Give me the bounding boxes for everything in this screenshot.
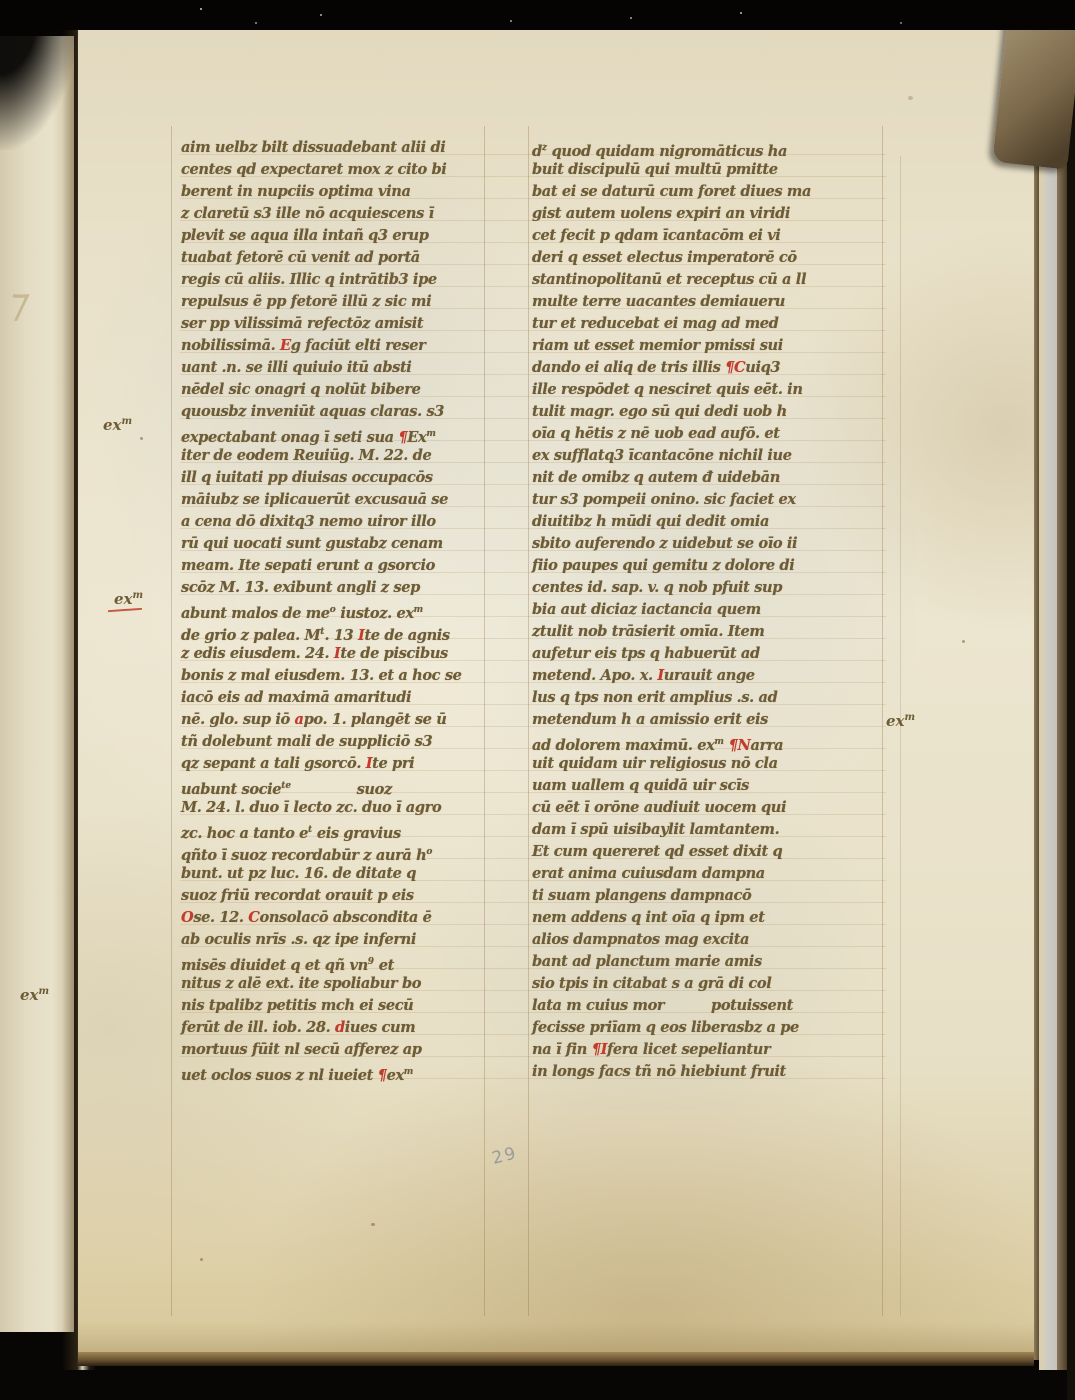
manuscript-text-line: qñto ī suoz recordabūr z aurā ho [181, 841, 503, 863]
manuscript-text-line: lus q tps non erit amplius .s. ad [532, 687, 886, 709]
margin-note-exemplum: exm [103, 416, 132, 434]
manuscript-text-line: zc. hoc a tanto et eis gravius [181, 819, 503, 841]
manuscript-photo: ⁊ aim uelbz bilt dissuadebant alii dicen… [0, 0, 1075, 1400]
manuscript-text-line: na ī fin ¶Ifera licet sepeliantur [532, 1039, 886, 1061]
manuscript-text-line: tur et reducebat ei mag ad med [532, 313, 886, 335]
manuscript-text-line: sio tpis in citabat s a grā di col [532, 973, 886, 995]
manuscript-text-line: repulsus ē pp fetorē illū z sic mi [181, 291, 503, 313]
manuscript-text-line: dz quod quidam nigromāticus ha [532, 137, 886, 159]
manuscript-text-line: lata m cuius mor potuissent [532, 995, 886, 1017]
manuscript-text-line: aim uelbz bilt dissuadebant alii di [181, 137, 503, 159]
manuscript-text-line: bonis z mal eiusdem. 13. et a hoc se [181, 665, 503, 687]
manuscript-text-line: ztulit nob trāsierit omīa. Item [532, 621, 886, 643]
manuscript-text-line: erat anima cuiusdam dampna [532, 863, 886, 885]
manuscript-text-line: gist autem uolens expiri an viridi [532, 203, 886, 225]
manuscript-text-line: nobilissimā. Eg faciūt elti reser [181, 335, 503, 357]
manuscript-text-line: nitus z alē ext. ite spoliabur bo [181, 973, 503, 995]
manuscript-text-line: oīa q hētis z nē uob ead aufō. et [532, 423, 886, 445]
manuscript-text-line: ill q iuitati pp diuisas occupacōs [181, 467, 503, 489]
manuscript-text-line: nit de omibz q autem đ uidebān [532, 467, 886, 489]
text-column-left: aim uelbz bilt dissuadebant alii dicente… [181, 137, 503, 1083]
manuscript-text-line: qz sepant a tali gsorcō. Ite pri [181, 753, 503, 775]
margin-note-superscript: m [905, 712, 916, 723]
binding-edge [1057, 90, 1067, 1370]
manuscript-text-line: nem addens q int oīa q ipm et [532, 907, 886, 929]
manuscript-text-line: māiubz se iplicauerūt excusauā se [181, 489, 503, 511]
manuscript-text-line: tuabat fetorē cū venit ad portā [181, 247, 503, 269]
manuscript-text-line: metend. Apo. x. Iurauit ange [532, 665, 886, 687]
photo-top-border [0, 0, 1075, 30]
manuscript-text-line: uam uallem q quidā uir scīs [532, 775, 886, 797]
manuscript-text-line: uant .n. se illi quiuio itū absti [181, 357, 503, 379]
manuscript-text-line: bant ad planctum marie amis [532, 951, 886, 973]
manuscript-text-line: dando ei aliq de tris illis ¶Cuiq3 [532, 357, 886, 379]
manuscript-text-line: centes id. sap. v. q nob pfuit sup [532, 577, 886, 599]
manuscript-text-line: z claretū s3 ille nō acquiescens ī [181, 203, 503, 225]
manuscript-text-line: ex sufflatq3 īcantacōne nichil iue [532, 445, 886, 467]
binding-corner-tab [992, 12, 1075, 169]
parchment-fleck [140, 437, 143, 440]
margin-note-text: ex [20, 986, 39, 1004]
manuscript-text-line: suoz friū recordat orauit p eis [181, 885, 503, 907]
parchment-fleck [371, 1223, 375, 1226]
manuscript-text-line: uit quidam uir religiosus nō cla [532, 753, 886, 775]
manuscript-text-line: bunt. ut pz luc. 16. de ditate q [181, 863, 503, 885]
manuscript-text-line: tulit magr. ego sū qui dedi uob h [532, 401, 886, 423]
manuscript-text-line: tur s3 pompeii onino. sic faciet ex [532, 489, 886, 511]
manuscript-text-line: meam. Ite sepati erunt a gsorcio [181, 555, 503, 577]
dust-specks [200, 8, 202, 10]
manuscript-text-line: berent in nupciis optima vina [181, 181, 503, 203]
manuscript-text-line: de grio z palea. Mt. 13 Ite de agnis [181, 621, 503, 643]
margin-note-superscript: m [133, 590, 144, 601]
photo-right-border [1067, 0, 1075, 1400]
manuscript-text-line: Et cum quereret qd esset dixit q [532, 841, 886, 863]
manuscript-text-line: iter de eodem Reuiūg. M. 22. de [181, 445, 503, 467]
manuscript-text-line: ille respōdet q nesciret quis eēt. in [532, 379, 886, 401]
margin-note-text: ex [886, 712, 905, 730]
manuscript-text-line: ad dolorem maximū. exm ¶Narra [532, 731, 886, 753]
margin-note-text: ex [103, 416, 122, 434]
manuscript-text-line: metendum h a amissio erit eis [532, 709, 886, 731]
parchment-fleck [200, 1258, 203, 1261]
manuscript-text-line: nis tpalibz petitis mch ei secū [181, 995, 503, 1017]
text-column-right: dz quod quidam nigromāticus habuit disci… [532, 137, 886, 1083]
manuscript-text-line: z edis eiusdem. 24. Ite de piscibus [181, 643, 503, 665]
manuscript-text-line: deri q esset electus imperatorē cō [532, 247, 886, 269]
manuscript-text-line: dam ī spū uisibaylit lamtantem. [532, 819, 886, 841]
page-bottom-edge [78, 1352, 1034, 1366]
margin-note-exemplum: exm [886, 712, 915, 730]
manuscript-text-line: fiio paupes qui gemitu z dolore di [532, 555, 886, 577]
manuscript-text-line: ab oculis nrīs .s. qz ipe inferni [181, 929, 503, 951]
manuscript-text-line: iacō eis ad maximā amaritudi [181, 687, 503, 709]
manuscript-text-line: riam ut esset memior pmissi sui [532, 335, 886, 357]
manuscript-text-line: nēdel sic onagri q nolūt bibere [181, 379, 503, 401]
manuscript-text-line: bat ei se daturū cum foret diues ma [532, 181, 886, 203]
margin-note-exemplum: exm [114, 590, 143, 608]
manuscript-text-line: mortuus fūit nl secū afferez ap [181, 1039, 503, 1061]
manuscript-text-line: alios dampnatos mag excita [532, 929, 886, 951]
manuscript-text-line: sbito auferendo z uidebut se oīo ii [532, 533, 886, 555]
manuscript-text-line: Ose. 12. Consolacō abscondita ē [181, 907, 503, 929]
stacked-page-edges [1045, 80, 1057, 1370]
manuscript-text-line: cū eēt ī orōne audiuit uocem qui [532, 797, 886, 819]
manuscript-text-line: a cena dō dixitq3 nemo uiror illo [181, 511, 503, 533]
manuscript-text-line: regis cū aliis. Illic q intrātib3 ipe [181, 269, 503, 291]
manuscript-text-line: expectabant onag ī seti sua ¶Exm [181, 423, 503, 445]
manuscript-text-line: plevit se aqua illa intañ q3 erup [181, 225, 503, 247]
manuscript-text-line: misēs diuidet q et qñ vn9 et [181, 951, 503, 973]
manuscript-text-line: scōz M. 13. exibunt angli z sep [181, 577, 503, 599]
manuscript-text-line: multe terre uacantes demiaueru [532, 291, 886, 313]
manuscript-text-line: ti suam plangens dampnacō [532, 885, 886, 907]
manuscript-text-line: ferūt de ill. iob. 28. diues cum [181, 1017, 503, 1039]
manuscript-text-line: aufetur eis tps q habuerūt ad [532, 643, 886, 665]
margin-note-superscript: m [39, 986, 50, 997]
ruling-vertical-line [900, 156, 901, 1316]
manuscript-text-line: diuitibz h mūdi qui dedit omia [532, 511, 886, 533]
margin-note-exemplum: exm [20, 986, 49, 1004]
ink-bleedthrough-mark: ⁊ [6, 280, 22, 340]
parchment-fleck [908, 96, 913, 100]
margin-note-text: ex [114, 590, 133, 608]
manuscript-text-line: centes qd expectaret mox z cito bi [181, 159, 503, 181]
ruling-vertical-line [171, 126, 172, 1316]
manuscript-text-line: stantinopolitanū et receptus cū a ll [532, 269, 886, 291]
manuscript-text-line: tñ dolebunt mali de suppliciō s3 [181, 731, 503, 753]
manuscript-text-line: in longs facs tñ nō hiebiunt fruit [532, 1061, 886, 1083]
ruling-vertical-line [528, 126, 529, 1316]
manuscript-text-line: fecisse priīam q eos liberasbz a pe [532, 1017, 886, 1039]
margin-note-superscript: m [122, 416, 133, 427]
manuscript-text-line: cet fecit p qdam īcantacōm ei vi [532, 225, 886, 247]
manuscript-text-line: uabunt societe suoz [181, 775, 503, 797]
manuscript-text-line: rū qui uocati sunt gustabz cenam [181, 533, 503, 555]
manuscript-text-line: M. 24. l. duo ī lecto zc. duo ī agro [181, 797, 503, 819]
manuscript-text-line: buit discipulū qui multū pmitte [532, 159, 886, 181]
manuscript-text-line: bia aut diciaz iactancia quem [532, 599, 886, 621]
manuscript-text-line: quousbz inveniūt aquas claras. s3 [181, 401, 503, 423]
manuscript-text-line: uet oclos suos z nl iueiet ¶exm [181, 1061, 503, 1083]
manuscript-text-line: ser pp vilissimā refectōz amisit [181, 313, 503, 335]
manuscript-text-line: abunt malos de meo iustoz. exm [181, 599, 503, 621]
parchment-fleck [962, 640, 965, 643]
manuscript-text-line: nē. glo. sup iō apo. 1. plangēt se ū [181, 709, 503, 731]
photo-top-left-corner [0, 0, 80, 150]
